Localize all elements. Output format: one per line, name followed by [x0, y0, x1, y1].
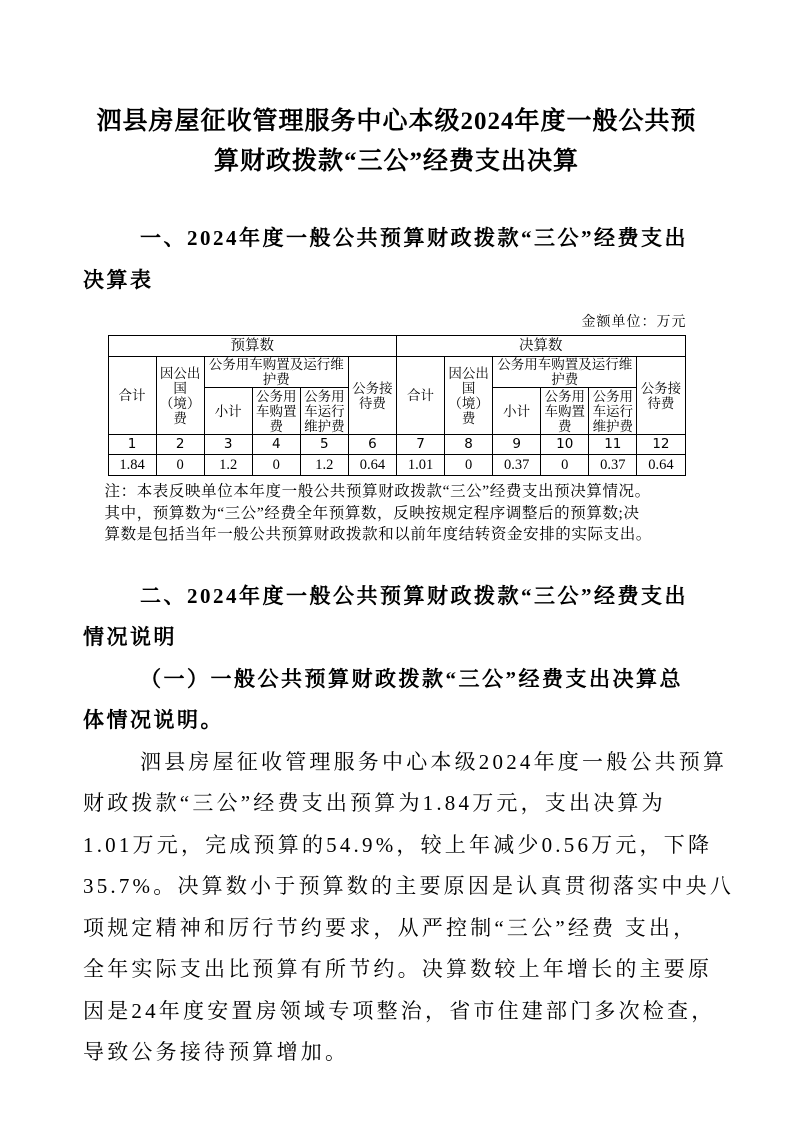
final-abroad-header: 因公出国（境）费: [445, 357, 493, 435]
note-line: 注：本表反映单位本年度一般公共预算财政拨款“三公”经费支出预决算情况。: [105, 481, 689, 503]
three-public-expense-table: 预算数 决算数 合计 因公出国（境）费 公务用车购置及运行维护费 公务接待费 合…: [108, 335, 686, 476]
final-vehicle-purchase-header: 公务用车购置费: [541, 388, 589, 435]
budget-abroad-header: 因公出国（境）费: [156, 357, 204, 435]
budget-vehicle-subtotal-header: 小计: [204, 388, 252, 435]
note-line: 其中，预算数为“三公”经费全年预算数，反映按规定程序调整后的预算数;决: [105, 503, 689, 525]
heading-line: 决算表: [83, 260, 710, 302]
budget-reception-header: 公务接待费: [348, 357, 396, 435]
paragraph-line: 项规定精神和厉行节约要求，从严控制“三公”经费 支出，: [83, 908, 710, 950]
column-number-cell: 6: [348, 435, 396, 455]
heading-line: 二、2024年度一般公共预算财政拨款“三公”经费支出: [83, 576, 710, 618]
body-paragraph: 泗县房屋征收管理服务中心本级2024年度一般公共预算 财政拨款“三公”经费支出预…: [83, 742, 710, 1074]
subsection-one-heading: （一）一般公共预算财政拨款“三公”经费支出决算总 体情况说明。: [83, 659, 710, 742]
section-one-heading: 一、2024年度一般公共预算财政拨款“三公”经费支出 决算表: [83, 218, 710, 301]
final-vehicle-subtotal-header: 小计: [493, 388, 541, 435]
final-vehicle-purchase-value: 0: [541, 455, 589, 476]
note-line: 算数是包括当年一般公共预算财政拨款和以前年度结转资金安排的实际支出。: [105, 524, 689, 546]
column-number-cell: 8: [445, 435, 493, 455]
column-number-cell: 10: [541, 435, 589, 455]
heading-line: 情况说明: [83, 617, 710, 659]
paragraph-line: 导致公务接待预算增加。: [83, 1032, 710, 1074]
unit-label: 金额单位：万元: [107, 311, 687, 331]
column-number-cell: 2: [156, 435, 204, 455]
table-note: 注：本表反映单位本年度一般公共预算财政拨款“三公”经费支出预决算情况。 其中，预…: [105, 481, 689, 546]
heading-line: （一）一般公共预算财政拨款“三公”经费支出决算总: [83, 659, 710, 701]
final-reception-header: 公务接待费: [637, 357, 685, 435]
budget-vehicle-operation-header: 公务用车运行维护费: [300, 388, 348, 435]
final-total-value: 1.01: [396, 455, 444, 476]
column-number-cell: 4: [252, 435, 300, 455]
document-title: 泗县房屋征收管理服务中心本级2024年度一般公共预 算财政拨款“三公”经费支出决…: [91, 102, 703, 182]
paragraph-line: 35.7%。决算数小于预算数的主要原因是认真贯彻落实中央八: [83, 866, 710, 908]
final-vehicle-group-header: 公务用车购置及运行维护费: [493, 357, 637, 388]
final-vehicle-subtotal-value: 0.37: [493, 455, 541, 476]
budget-vehicle-subtotal-value: 1.2: [204, 455, 252, 476]
column-number-cell: 11: [589, 435, 637, 455]
column-number-cell: 3: [204, 435, 252, 455]
column-number-cell: 9: [493, 435, 541, 455]
final-total-header: 合计: [396, 357, 444, 435]
column-number-cell: 7: [396, 435, 444, 455]
budget-group-header: 预算数: [108, 336, 396, 357]
section-two-heading: 二、2024年度一般公共预算财政拨款“三公”经费支出 情况说明: [83, 576, 710, 659]
budget-reception-value: 0.64: [348, 455, 396, 476]
title-line: 泗县房屋征收管理服务中心本级2024年度一般公共预: [91, 102, 703, 142]
column-number-cell: 12: [637, 435, 685, 455]
budget-abroad-value: 0: [156, 455, 204, 476]
column-number-cell: 5: [300, 435, 348, 455]
column-number-cell: 1: [108, 435, 156, 455]
document-page: 泗县房屋征收管理服务中心本级2024年度一般公共预 算财政拨款“三公”经费支出决…: [0, 0, 793, 1122]
paragraph-line: 财政拨款“三公”经费支出预算为1.84万元，支出决算为: [83, 783, 710, 825]
final-abroad-value: 0: [445, 455, 493, 476]
heading-line: 体情况说明。: [83, 700, 710, 742]
budget-vehicle-purchase-header: 公务用车购置费: [252, 388, 300, 435]
budget-vehicle-operation-value: 1.2: [300, 455, 348, 476]
final-reception-value: 0.64: [637, 455, 685, 476]
final-group-header: 决算数: [396, 336, 685, 357]
budget-total-header: 合计: [108, 357, 156, 435]
paragraph-line: 全年实际支出比预算有所节约。决算数较上年增长的主要原: [83, 949, 710, 991]
title-line: 算财政拨款“三公”经费支出决算: [91, 142, 703, 182]
heading-line: 一、2024年度一般公共预算财政拨款“三公”经费支出: [83, 218, 710, 260]
final-vehicle-operation-header: 公务用车运行维护费: [589, 388, 637, 435]
paragraph-line: 1.01万元，完成预算的54.9%，较上年减少0.56万元，下降: [83, 825, 710, 867]
paragraph-line: 因是24年度安置房领域专项整治，省市住建部门多次检查，: [83, 991, 710, 1033]
paragraph-line: 泗县房屋征收管理服务中心本级2024年度一般公共预算: [83, 742, 710, 784]
budget-total-value: 1.84: [108, 455, 156, 476]
budget-vehicle-group-header: 公务用车购置及运行维护费: [204, 357, 348, 388]
budget-vehicle-purchase-value: 0: [252, 455, 300, 476]
final-vehicle-operation-value: 0.37: [589, 455, 637, 476]
